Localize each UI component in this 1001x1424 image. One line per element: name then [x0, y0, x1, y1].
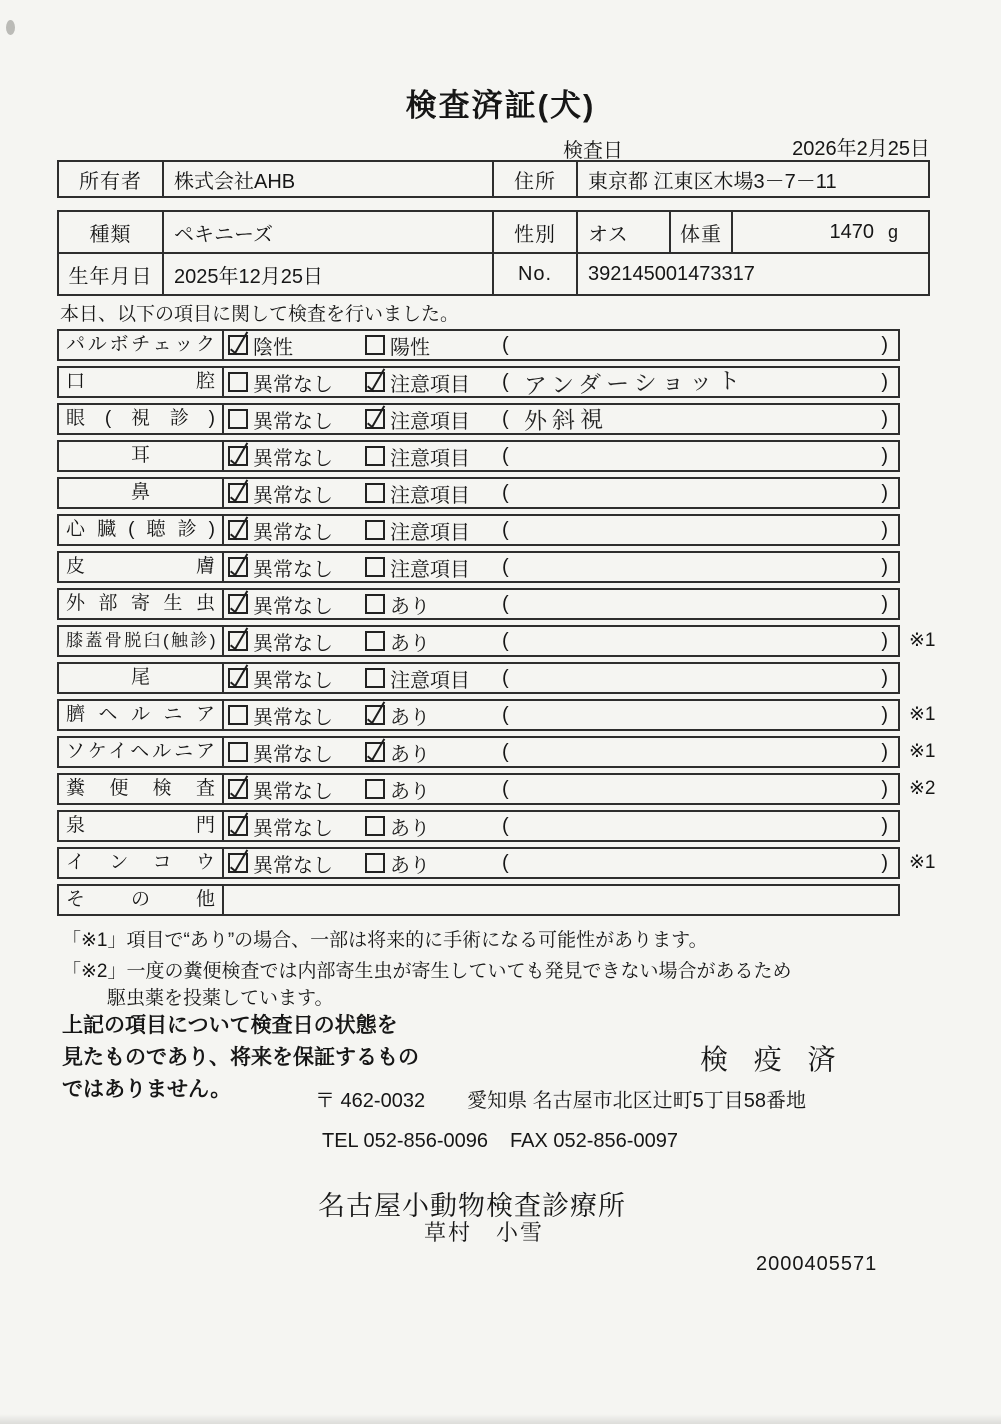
option-2-label: あり	[390, 590, 430, 619]
option-2: あり	[365, 812, 430, 840]
option-1-label: 異常なし	[253, 442, 333, 471]
row-label: その他	[59, 886, 224, 914]
paren-open: (	[502, 741, 509, 764]
inspection-table: パルボチェック 陰性 陽性 ( ) 口腔 異常なし 注意項目 ( アンダーショッ…	[57, 329, 997, 921]
row-label: 尾	[59, 664, 224, 692]
checkbox-icon[interactable]	[228, 779, 248, 799]
table-row-eyes: 眼(視診) 異常なし 注意項目 ( 外斜視 )	[57, 403, 997, 435]
no-value: 392145001473317	[576, 254, 928, 294]
no-label: No.	[492, 254, 576, 294]
option-2: 注意項目	[365, 442, 470, 470]
footnote-2: 「※2」一度の糞便検査では内部寄生虫が寄生していても発見できない場合があるため	[62, 956, 792, 983]
clinic-phone-line: TEL 052-856-0096FAX 052-856-0097	[322, 1130, 678, 1153]
option-2: あり	[365, 627, 430, 655]
footnote-marker: ※2	[909, 777, 936, 800]
weight-value-cell: 1470 g	[731, 212, 928, 252]
option-2-label: あり	[390, 627, 430, 656]
animal-table-row-2: 生年月日 2025年12月25日 No. 392145001473317	[59, 254, 928, 294]
option-1: 異常なし	[228, 405, 333, 433]
option-1: 異常なし	[228, 442, 333, 470]
paren-close: )	[881, 556, 888, 579]
checkbox-icon[interactable]	[365, 520, 385, 540]
option-1: 異常なし	[228, 553, 333, 581]
checkbox-icon[interactable]	[228, 816, 248, 836]
option-2-label: 注意項目	[390, 553, 470, 582]
paren-open: (	[502, 556, 509, 579]
checkbox-icon[interactable]	[365, 594, 385, 614]
option-1-label: 異常なし	[253, 405, 333, 434]
option-1-label: 異常なし	[253, 627, 333, 656]
paren-open: (	[502, 704, 509, 727]
footnote-marker: ※1	[909, 740, 936, 763]
row-label: 眼(視診)	[59, 405, 224, 433]
table-row-nose: 鼻 異常なし 注意項目 ( )	[57, 477, 997, 509]
scanned-certificate-page: 検査済証(犬) 検査日 2026年2月25日 所有者 株式会社AHB 住所 東京…	[0, 0, 1001, 1424]
row-label: 臍ヘルニア	[59, 701, 224, 729]
paren-close: )	[881, 852, 888, 875]
paren-close: )	[881, 704, 888, 727]
table-row-patella: 膝蓋骨脱臼(触診) 異常なし あり ( ) ※1	[57, 625, 997, 657]
paren-close: )	[881, 445, 888, 468]
checkbox-icon[interactable]	[228, 335, 248, 355]
paren-close: )	[881, 371, 888, 394]
paren-open: (	[502, 408, 509, 431]
option-2-label: あり	[390, 738, 430, 767]
option-1-label: 異常なし	[253, 553, 333, 582]
checkbox-icon[interactable]	[228, 446, 248, 466]
paren-close: )	[881, 630, 888, 653]
sex-label: 性別	[492, 212, 576, 252]
owner-label: 所有者	[59, 162, 162, 196]
row-label: インコウ	[59, 849, 224, 877]
option-2-label: 注意項目	[390, 405, 470, 434]
option-2: 注意項目	[365, 553, 470, 581]
paren-close: )	[881, 815, 888, 838]
option-1-label: 陰性	[253, 331, 293, 360]
weight-value: 1470	[829, 221, 874, 244]
option-2-label: あり	[390, 775, 430, 804]
paren-close: )	[881, 778, 888, 801]
paren-open: (	[502, 371, 509, 394]
row-label: 口腔	[59, 368, 224, 396]
animal-table-row-1: 種類 ペキニーズ 性別 オス 体重 1470 g	[59, 212, 928, 254]
table-row-tail: 尾 異常なし 注意項目 ( )	[57, 662, 997, 694]
animal-table: 種類 ペキニーズ 性別 オス 体重 1470 g 生年月日 2025年12月25…	[57, 210, 930, 296]
checkbox-icon[interactable]	[365, 816, 385, 836]
row-label: 皮膚	[59, 553, 224, 581]
row-label: 外部寄生虫	[59, 590, 224, 618]
paren-open: (	[502, 593, 509, 616]
option-1-label: 異常なし	[253, 368, 333, 397]
option-2-label: あり	[390, 849, 430, 878]
option-1: 異常なし	[228, 701, 333, 729]
option-2: あり	[365, 590, 430, 618]
checkbox-icon[interactable]	[365, 446, 385, 466]
option-1-label: 異常なし	[253, 849, 333, 878]
clinic-postal-code: 〒 462-0032	[315, 1090, 425, 1112]
option-1: 異常なし	[228, 590, 333, 618]
clinic-fax: FAX 052-856-0097	[510, 1130, 678, 1152]
paren-open: (	[502, 334, 509, 357]
page-title: 検査済証(犬)	[0, 80, 1001, 125]
paren-open: (	[502, 482, 509, 505]
checkbox-icon[interactable]	[228, 853, 248, 873]
option-1-label: 異常なし	[253, 701, 333, 730]
paren-close: )	[881, 334, 888, 357]
option-2-label: 注意項目	[390, 368, 470, 397]
row-label: パルボチェック	[59, 331, 224, 359]
option-2-label: 注意項目	[390, 664, 470, 693]
checkbox-icon[interactable]	[228, 594, 248, 614]
weight-label: 体重	[669, 212, 731, 252]
table-row-heart: 心臓(聴診) 異常なし 注意項目 ( )	[57, 514, 997, 546]
option-2: 注意項目	[365, 479, 470, 507]
option-2-label: 陽性	[390, 331, 430, 360]
option-1-label: 異常なし	[253, 775, 333, 804]
checkbox-icon[interactable]	[228, 668, 248, 688]
paren-open: (	[502, 445, 509, 468]
paren-open: (	[502, 667, 509, 690]
table-row-skin: 皮膚 異常なし 注意項目 ( )	[57, 551, 997, 583]
weight-unit: g	[888, 222, 898, 243]
option-2-label: 注意項目	[390, 442, 470, 471]
checkbox-icon[interactable]	[228, 372, 248, 392]
row-label: 心臓(聴診)	[59, 516, 224, 544]
checkbox-icon[interactable]	[228, 520, 248, 540]
option-2: 陽性	[365, 331, 430, 359]
footnote-2-continued: 駆虫薬を投薬しています。	[107, 983, 333, 1010]
option-1-label: 異常なし	[253, 516, 333, 545]
disclaimer-line-1: 上記の項目について検査日の状態を	[62, 1010, 419, 1042]
row-label: 糞便検査	[59, 775, 224, 803]
inspection-date-value: 2026年2月25日	[770, 132, 930, 161]
clinic-address-line: 〒 462-0032愛知県 名古屋市北区辻町5丁目58番地	[315, 1084, 806, 1113]
option-1: 異常なし	[228, 775, 333, 803]
checkbox-icon[interactable]	[365, 335, 385, 355]
option-2: 注意項目	[365, 664, 470, 692]
option-2: あり	[365, 849, 430, 877]
row-label: 耳	[59, 442, 224, 470]
footnote-marker: ※1	[909, 629, 936, 652]
checkbox-icon[interactable]	[365, 853, 385, 873]
paren-close: )	[881, 408, 888, 431]
paren-open: (	[502, 519, 509, 542]
table-row-inguinal-hernia: ソケイヘルニア 異常なし あり ( ) ※1	[57, 736, 997, 768]
intro-sentence: 本日、以下の項目に関して検査を行いました。	[60, 299, 459, 326]
checkbox-icon[interactable]	[365, 409, 385, 429]
row-label: 泉門	[59, 812, 224, 840]
option-1-label: 異常なし	[253, 590, 333, 619]
quarantine-stamp: 検 疫 済	[700, 1038, 845, 1078]
footnote-marker: ※1	[909, 851, 936, 874]
table-row-ectoparasites: 外部寄生虫 異常なし あり ( )	[57, 588, 997, 620]
option-1: 異常なし	[228, 849, 333, 877]
option-2: あり	[365, 775, 430, 803]
checkbox-icon[interactable]	[228, 631, 248, 651]
option-1-label: 異常なし	[253, 812, 333, 841]
checkbox-icon[interactable]	[365, 557, 385, 577]
veterinarian-name: 草村 小雪	[424, 1216, 544, 1247]
checkbox-icon[interactable]	[365, 742, 385, 762]
row-label: 鼻	[59, 479, 224, 507]
breed-value: ペキニーズ	[162, 212, 492, 252]
table-row-other: その他	[57, 884, 997, 916]
option-2-label: 注意項目	[390, 516, 470, 545]
table-row-inkou: インコウ 異常なし あり ( ) ※1	[57, 847, 997, 879]
table-row-fecal-exam: 糞便検査 異常なし あり ( ) ※2	[57, 773, 997, 805]
owner-table: 所有者 株式会社AHB 住所 東京都 江東区木場3－7－11	[57, 160, 930, 198]
inspection-date-label: 検査日	[563, 134, 623, 163]
option-2-label: あり	[390, 701, 430, 730]
option-1: 異常なし	[228, 479, 333, 507]
option-2: あり	[365, 738, 430, 766]
option-1-label: 異常なし	[253, 479, 333, 508]
table-row-mouth: 口腔 異常なし 注意項目 ( アンダーショット )	[57, 366, 997, 398]
birthdate-value: 2025年12月25日	[162, 254, 492, 294]
checkbox-icon[interactable]	[228, 409, 248, 429]
paren-open: (	[502, 630, 509, 653]
scan-smudge	[6, 20, 15, 35]
checkbox-icon[interactable]	[365, 705, 385, 725]
breed-label: 種類	[59, 212, 162, 252]
clinic-address: 愛知県 名古屋市北区辻町5丁目58番地	[467, 1090, 806, 1112]
checkbox-icon[interactable]	[365, 668, 385, 688]
option-1: 異常なし	[228, 627, 333, 655]
birthdate-label: 生年月日	[59, 254, 162, 294]
footnote-1: 「※1」項目で“あり”の場合、一部は将来的に手術になる可能性があります。	[62, 925, 708, 952]
clinic-tel: TEL 052-856-0096	[322, 1130, 488, 1152]
paren-open: (	[502, 852, 509, 875]
footnote-marker: ※1	[909, 703, 936, 726]
checkbox-icon[interactable]	[228, 705, 248, 725]
paren-open: (	[502, 815, 509, 838]
checkbox-icon[interactable]	[365, 483, 385, 503]
checkbox-icon[interactable]	[365, 372, 385, 392]
option-2: 注意項目	[365, 405, 470, 433]
option-2: あり	[365, 701, 430, 729]
paren-close: )	[881, 741, 888, 764]
handwritten-finding: アンダーショット	[524, 362, 746, 401]
address-label: 住所	[492, 162, 576, 196]
checkbox-icon[interactable]	[228, 483, 248, 503]
disclaimer-line-2: 見たものであり、将来を保証するもの	[62, 1042, 419, 1074]
paren-close: )	[881, 593, 888, 616]
paren-open: (	[502, 778, 509, 801]
option-2-label: 注意項目	[390, 479, 470, 508]
option-1: 異常なし	[228, 516, 333, 544]
sex-value: オス	[576, 212, 669, 252]
checkbox-icon[interactable]	[228, 742, 248, 762]
address-value: 東京都 江東区木場3－7－11	[576, 162, 928, 196]
table-row-fontanelle: 泉門 異常なし あり ( )	[57, 810, 997, 842]
paren-close: )	[881, 519, 888, 542]
option-2: 注意項目	[365, 516, 470, 544]
paren-close: )	[881, 482, 888, 505]
option-1-label: 異常なし	[253, 664, 333, 693]
option-1-label: 異常なし	[253, 738, 333, 767]
scan-edge-shadow	[0, 1414, 1001, 1424]
table-row-parvo: パルボチェック 陰性 陽性 ( )	[57, 329, 997, 361]
option-2: 注意項目	[365, 368, 470, 396]
handwritten-finding: 外斜視	[524, 401, 609, 436]
serial-number: 2000405571	[756, 1253, 877, 1276]
option-1: 異常なし	[228, 368, 333, 396]
checkbox-icon[interactable]	[365, 631, 385, 651]
checkbox-icon[interactable]	[228, 557, 248, 577]
table-row-ears: 耳 異常なし 注意項目 ( )	[57, 440, 997, 472]
option-1: 異常なし	[228, 738, 333, 766]
option-1: 異常なし	[228, 812, 333, 840]
table-row-umbilical-hernia: 臍ヘルニア 異常なし あり ( ) ※1	[57, 699, 997, 731]
option-1: 異常なし	[228, 664, 333, 692]
checkbox-icon[interactable]	[365, 779, 385, 799]
row-label: ソケイヘルニア	[59, 738, 224, 766]
option-2-label: あり	[390, 812, 430, 841]
row-label: 膝蓋骨脱臼(触診)	[59, 627, 224, 655]
paren-close: )	[881, 667, 888, 690]
option-1: 陰性	[228, 331, 293, 359]
owner-value: 株式会社AHB	[162, 162, 492, 196]
